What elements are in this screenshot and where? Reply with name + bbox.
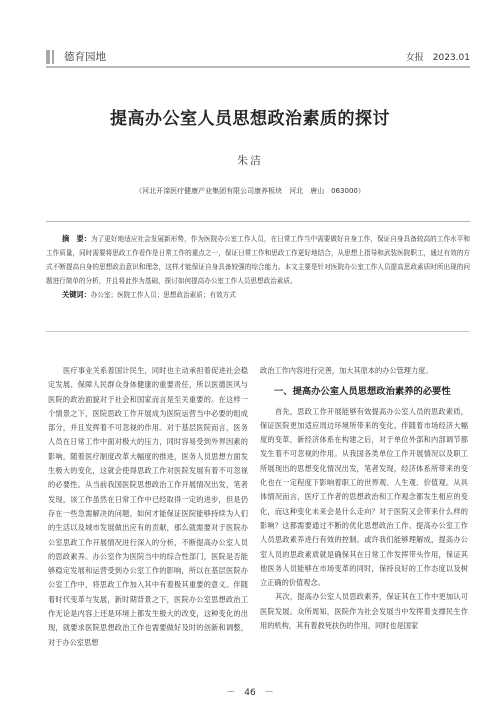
keywords-line: 关键词：办公室；医院工作人员；思想政治素质；有效方式 [46,288,470,302]
abstract-paragraph: 摘 要：为了更好地适应社会发展新形势，作为医院办公室工作人员，在日常工作当中需要… [46,232,470,288]
article-author: 朱洁 [0,152,500,168]
keywords-label: 关键词： [62,290,91,299]
body-left-column: 医疗事业关系着国计民生，同时也主动承担着促进社会稳定发展、保障人民群众身体健康的… [48,364,248,650]
body-paragraph-continued: 政治工作内容进行完善，加大其原本的办公管理力度。 [260,364,468,378]
abstract-text: 为了更好地适应社会发展新形势，作为医院办公室工作人员，在日常工作当中需要做好自身… [46,235,470,285]
body-right-column: 政治工作内容进行完善，加大其原本的办公管理力度。 一、提高办公室人员思想政治素养… [260,364,468,633]
body-paragraph: 其次，提高办公室人员思政素养，保证其在工作中更加认可医院发展。众所周知，医院作为… [260,590,468,633]
abstract-label: 摘 要： [62,234,91,243]
abstract-block: 摘 要：为了更好地适应社会发展新形势，作为医院办公室工作人员，在日常工作当中需要… [46,232,470,302]
header-decoration-bar-thin [52,50,54,64]
author-affiliation: （河北开滦医疗健康产业集团有限公司康养板块 河北 唐山 063000） [0,186,500,196]
abstract-bottom-divider [46,331,470,332]
abstract-top-divider [46,221,470,222]
keywords-text: 办公室；医院工作人员；思想政治素质；有效方式 [91,291,236,299]
running-header: 德育园地 女报 2023.01 [46,48,470,68]
article-title: 提高办公室人员思想政治素质的探讨 [0,104,500,129]
journal-issue: 女报 2023.01 [406,50,470,63]
section-name: 德育园地 [64,49,106,64]
section-heading: 一、提高办公室人员思想政治素养的必要性 [260,385,468,399]
page-number: － 46 － [0,685,500,698]
header-decoration-bar [46,50,50,64]
body-paragraph: 医疗事业关系着国计民生，同时也主动承担着促进社会稳定发展、保障人民群众身体健康的… [48,364,248,650]
body-paragraph: 首先，思政工作开展能够有效提高办公室人员的思政素质，保证医院更加适应周边环境所带… [260,405,468,591]
